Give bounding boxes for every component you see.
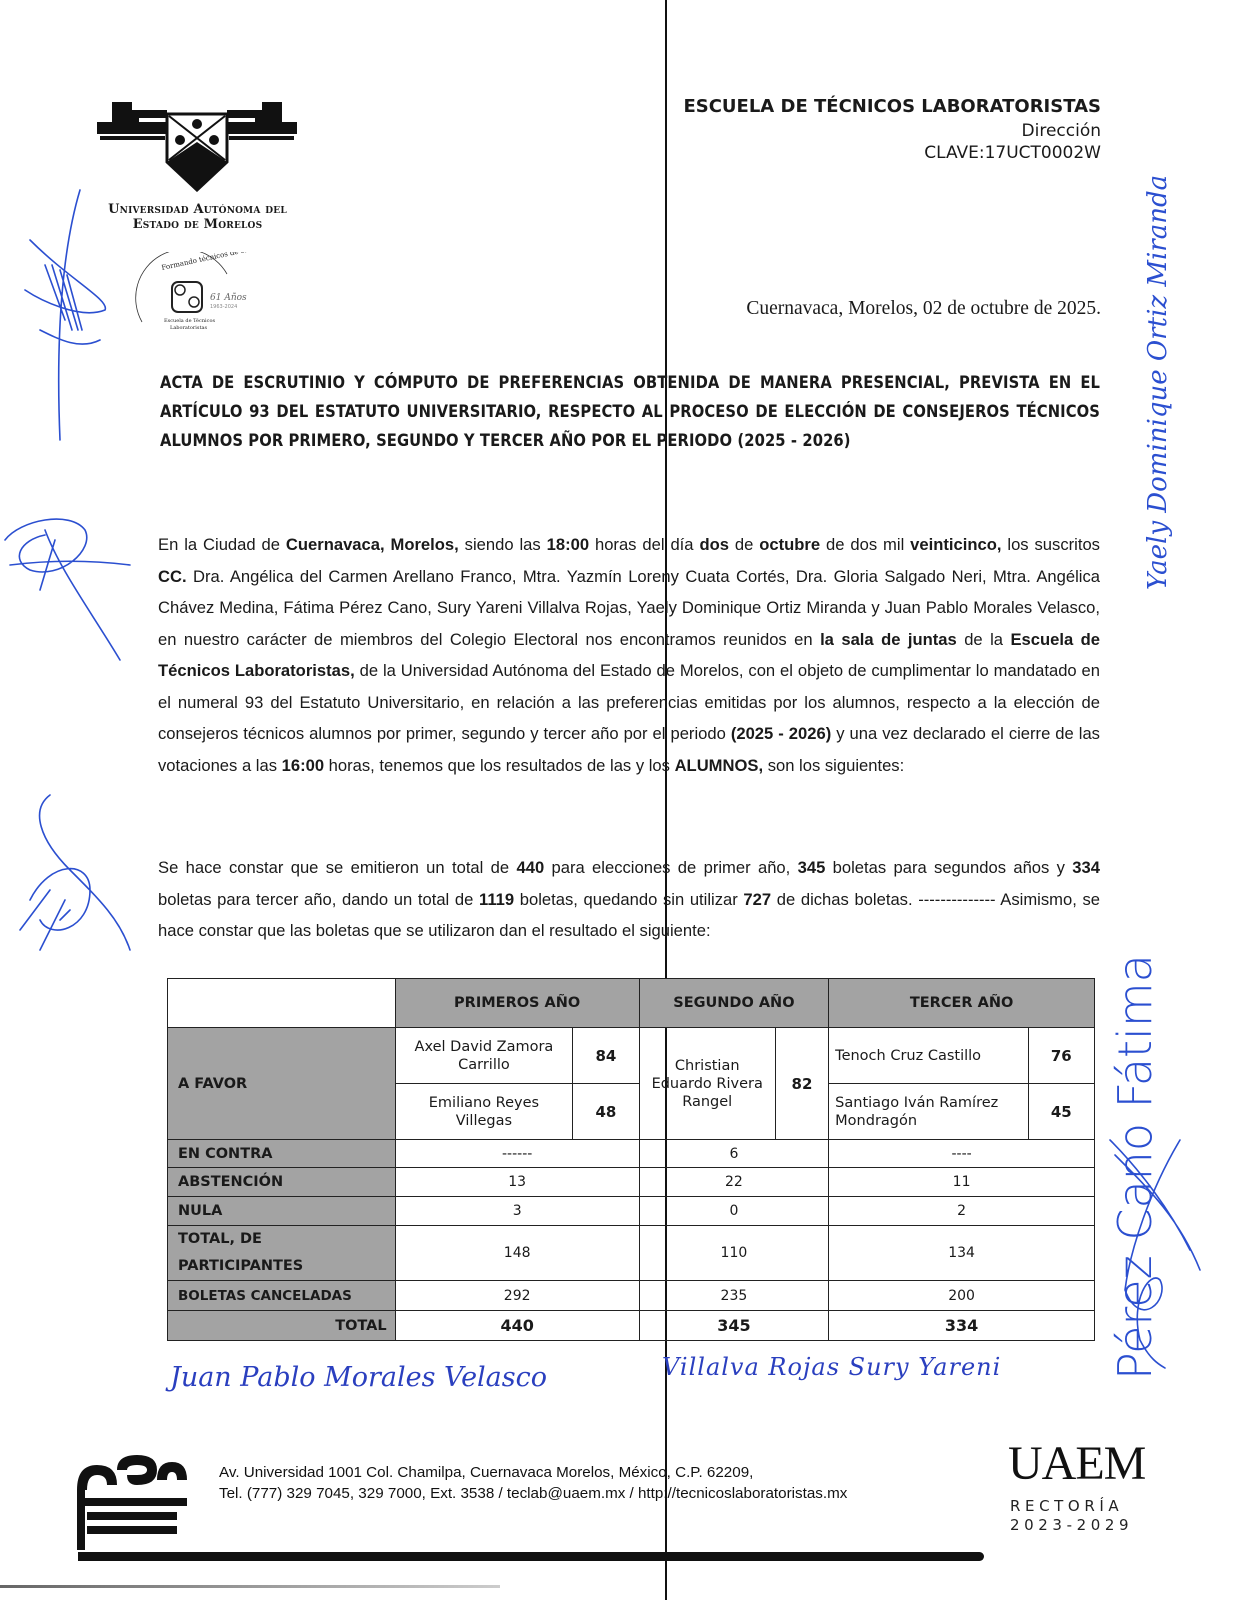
table-corner-cell [168,979,396,1028]
cell-value: 200 [829,1281,1095,1311]
cell-value: 148 [395,1226,639,1281]
cell-value: 6 [639,1140,829,1168]
col-header-second-year: SEGUNDO AÑO [639,979,829,1028]
cell-value: 22 [639,1168,829,1197]
results-table: PRIMEROS AÑO SEGUNDO AÑO TERCER AÑO A FA… [167,978,1095,1341]
table-row: TOTAL, DE PARTICIPANTES 148 110 134 [168,1226,1095,1281]
row-label-total: TOTAL [168,1311,396,1341]
cell-value: 235 [639,1281,829,1311]
footer-phone-email-web: Tel. (777) 329 7045, 329 7000, Ext. 3538… [219,1483,847,1504]
document-title: ACTA DE ESCRUTINIO Y CÓMPUTO DE PREFEREN… [160,368,1100,455]
table-header-row: PRIMEROS AÑO SEGUNDO AÑO TERCER AÑO [168,979,1095,1028]
uaem-wordmark: UAEM [1008,1436,1145,1491]
signature-2 [0,510,140,670]
paragraph-session: En la Ciudad de Cuernavaca, Morelos, sie… [158,529,1100,781]
table-row: ABSTENCIÓN 13 22 11 [168,1168,1095,1197]
cell-value: 11 [829,1168,1095,1197]
cell-value: 292 [395,1281,639,1311]
footer-contact: Av. Universidad 1001 Col. Chamilpa, Cuer… [219,1462,847,1504]
letterhead-right: ESCUELA DE TÉCNICOS LABORATORISTAS Direc… [683,94,1101,164]
cell-total: 334 [829,1311,1095,1341]
candidate-name: Axel David Zamora Carrillo [395,1028,573,1084]
university-name: Universidad Autónoma del Estado de Morel… [90,202,305,232]
row-label: BOLETAS CANCELADAS [168,1281,396,1311]
uaem-footer-glyph-logo [72,1450,192,1550]
col-header-first-year: PRIMEROS AÑO [395,979,639,1028]
svg-text:Escuela de Técnicos: Escuela de Técnicos [164,317,215,324]
footer-address: Av. Universidad 1001 Col. Chamilpa, Cuer… [219,1462,847,1483]
cell-value: ------ [395,1140,639,1168]
signature-4 [1110,1130,1220,1370]
footer-bar [78,1552,984,1561]
cell-value: 134 [829,1226,1095,1281]
cell-total: 345 [639,1311,829,1341]
rectoria-label: RECTORÍA 2023-2029 [1010,1497,1133,1535]
candidate-name: Emiliano Reyes Villegas [395,1084,573,1140]
row-label: NULA [168,1197,396,1226]
handwritten-name-left: Juan Pablo Morales Velasco [170,1362,547,1393]
row-label: TOTAL, DE PARTICIPANTES [168,1226,396,1281]
paragraph-ballots: Se hace constar que se emitieron un tota… [158,852,1100,947]
cell-value: 3 [395,1197,639,1226]
table-row-total: TOTAL 440 345 334 [168,1311,1095,1341]
row-label: EN CONTRA [168,1140,396,1168]
scan-bottom-edge [0,1585,500,1588]
date-line: Cuernavaca, Morelos, 02 de octubre de 20… [746,298,1101,320]
table-row: A FAVOR Axel David Zamora Carrillo 84 Ch… [168,1028,1095,1084]
department: Dirección [683,120,1101,142]
candidate-name: Christian Eduardo Rivera Rangel [639,1028,775,1140]
uaem-crest-logo [92,92,302,192]
handwritten-margin-name-top: Yaely Dominique Ortiz Miranda [1143,175,1173,590]
candidate-name: Santiago Iván Ramírez Mondragón [829,1084,1028,1140]
table-row: EN CONTRA ------ 6 ---- [168,1140,1095,1168]
cell-value: 13 [395,1168,639,1197]
table-row: BOLETAS CANCELADAS 292 235 200 [168,1281,1095,1311]
candidate-name: Tenoch Cruz Castillo [829,1028,1028,1084]
candidate-votes: 45 [1028,1084,1095,1140]
svg-text:1963-2024: 1963-2024 [210,304,237,310]
cell-value: 0 [639,1197,829,1226]
candidate-votes: 82 [775,1028,828,1140]
candidate-votes: 48 [573,1084,639,1140]
row-label-a-favor: A FAVOR [168,1028,396,1140]
svg-text:Formando técnicos de excelenci: Formando técnicos de excelencia [161,252,262,272]
svg-text:Laboratoristas: Laboratoristas [170,325,207,331]
school-seal-logo: Formando técnicos de excelencia 61 Años … [132,252,262,334]
row-label: ABSTENCIÓN [168,1168,396,1197]
cell-value: 2 [829,1197,1095,1226]
svg-text:61 Años: 61 Años [210,293,247,303]
handwritten-name-right: Villalva Rojas Sury Yareni [662,1353,1001,1381]
cell-value: ---- [829,1140,1095,1168]
cell-value: 110 [639,1226,829,1281]
clave: CLAVE:17UCT0002W [683,142,1101,164]
cell-total: 440 [395,1311,639,1341]
candidate-votes: 84 [573,1028,639,1084]
table-row: NULA 3 0 2 [168,1197,1095,1226]
school-name: ESCUELA DE TÉCNICOS LABORATORISTAS [683,94,1101,120]
candidate-votes: 76 [1028,1028,1095,1084]
signature-1 [10,180,120,450]
col-header-third-year: TERCER AÑO [829,979,1095,1028]
signature-3 [10,790,140,970]
